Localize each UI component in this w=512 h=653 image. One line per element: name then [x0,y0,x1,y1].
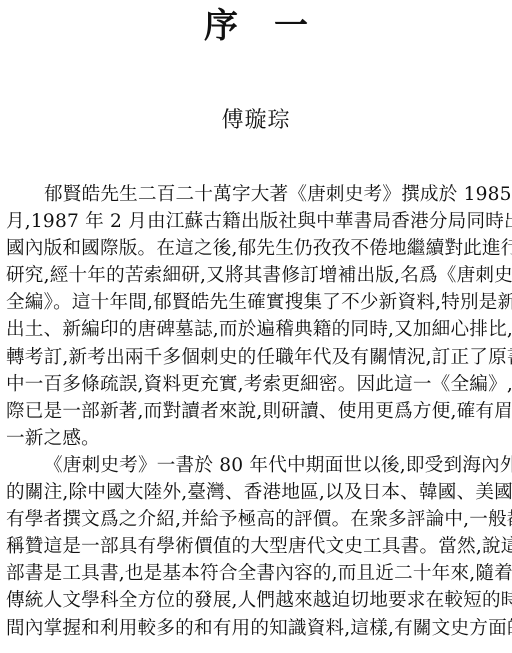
text-line: 一新之感。 [6,425,508,452]
page-title: 序一 [0,6,512,46]
text-line: 轉考訂,新考出兩千多個刺史的任職年代及有關情況,訂正了原書 [6,344,508,371]
text-line: 郁賢皓先生二百二十萬字大著《唐刺史考》撰成於 1985 年 2 [6,181,508,208]
text-line: 全編》。這十年間,郁賢皓先生確實搜集了不少新資料,特別是新 [6,289,508,316]
text-line: 間內掌握和利用較多的和有用的知識資料,這樣,有關文史方面的 [6,615,508,642]
text-line: 稱贊這是一部具有學術價值的大型唐代文史工具書。當然,說這 [6,533,508,560]
text-line: 的關注,除中國大陸外,臺灣、香港地區,以及日本、韓國、美國,都 [6,479,508,506]
text-line: 部書是工具書,也是基本符合全書內容的,而且近二十年來,隨着 [6,560,508,587]
text-line: 有學者撰文爲之介紹,并給予極高的評價。在衆多評論中,一般都 [6,506,508,533]
text-line: 國內版和國際版。在這之後,郁先生仍孜孜不倦地繼續對此進行 [6,235,508,262]
text-line: 出土、新編印的唐碑墓誌,而於遍稽典籍的同時,又加細心排比,輾 [6,316,508,343]
text-line: 月,1987 年 2 月由江蘇古籍出版社與中華書局香港分局同時出版 [6,208,508,235]
text-line: 研究,經十年的苦索細研,又將其書修訂增補出版,名爲《唐刺史考 [6,262,508,289]
author-name: 傅璇琮 [0,108,512,134]
body-text: 郁賢皓先生二百二十萬字大著《唐刺史考》撰成於 1985 年 2 月,1987 年… [6,181,508,642]
text-line: 傳統人文學科全方位的發展,人們越來越迫切地要求在較短的時 [6,587,508,614]
text-line: 際已是一部新著,而對讀者來說,則研讀、使用更爲方便,確有眉目 [6,398,508,425]
text-line: 《唐刺史考》一書於 80 年代中期面世以後,即受到海內外學界 [6,452,508,479]
text-line: 中一百多條疏誤,資料更充實,考索更細密。因此這一《全編》,實 [6,371,508,398]
